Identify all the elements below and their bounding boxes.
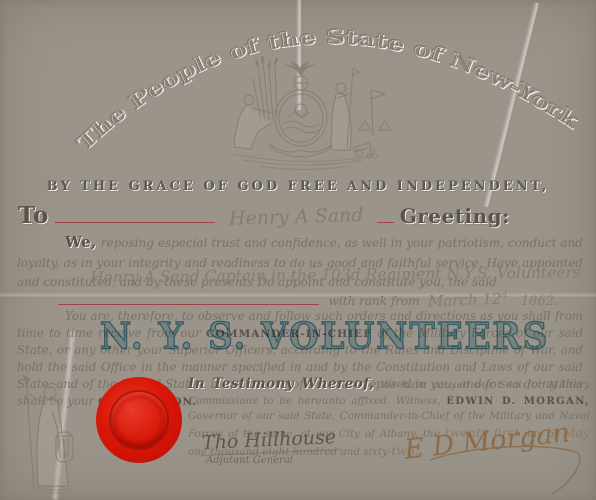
in-testimony-lead: In Testimony Whereof, bbox=[188, 376, 374, 392]
to-label: To bbox=[18, 202, 49, 229]
greeting-label: Greeting: bbox=[400, 204, 510, 228]
grace-of-god-line: BY THE GRACE OF GOD FREE AND INDEPENDENT… bbox=[0, 179, 596, 194]
rank-year-handwritten: 1862. bbox=[521, 294, 558, 309]
appointee-line: Henry A Sand Captain in the 103d Regimen… bbox=[90, 263, 568, 284]
coat-of-arms-vignette bbox=[203, 50, 398, 180]
signature-flourish bbox=[428, 438, 588, 498]
rank-day-suffix: d bbox=[501, 291, 507, 301]
blank-rule bbox=[55, 206, 215, 223]
rank-from-label: with rank from bbox=[329, 294, 420, 308]
nys-volunteers-overprint: N. Y. S. VOLUNTEERS bbox=[100, 316, 540, 358]
blank-rule bbox=[377, 206, 393, 223]
blank-rule bbox=[58, 288, 319, 305]
adjutant-general-title: Adjutant General bbox=[206, 455, 293, 466]
liberty-figure-vignette bbox=[12, 372, 84, 494]
red-wax-seal bbox=[96, 377, 182, 463]
recipient-name-handwritten: Henry A Sand bbox=[221, 204, 372, 230]
governor-name-printed: EDWIN D. MORGAN, bbox=[446, 396, 590, 407]
salutation-line: To Henry A Sand Greeting: bbox=[18, 202, 510, 229]
witness-label: Witness, bbox=[396, 395, 441, 407]
we-lead-word: We, bbox=[65, 233, 97, 251]
appointee-handwritten: Henry A Sand Captain in the 103d Regimen… bbox=[90, 263, 581, 286]
commission-certificate: The People of the State of New-York, bbox=[0, 0, 596, 500]
rank-line: with rank from March 12d 1862. bbox=[58, 288, 558, 309]
